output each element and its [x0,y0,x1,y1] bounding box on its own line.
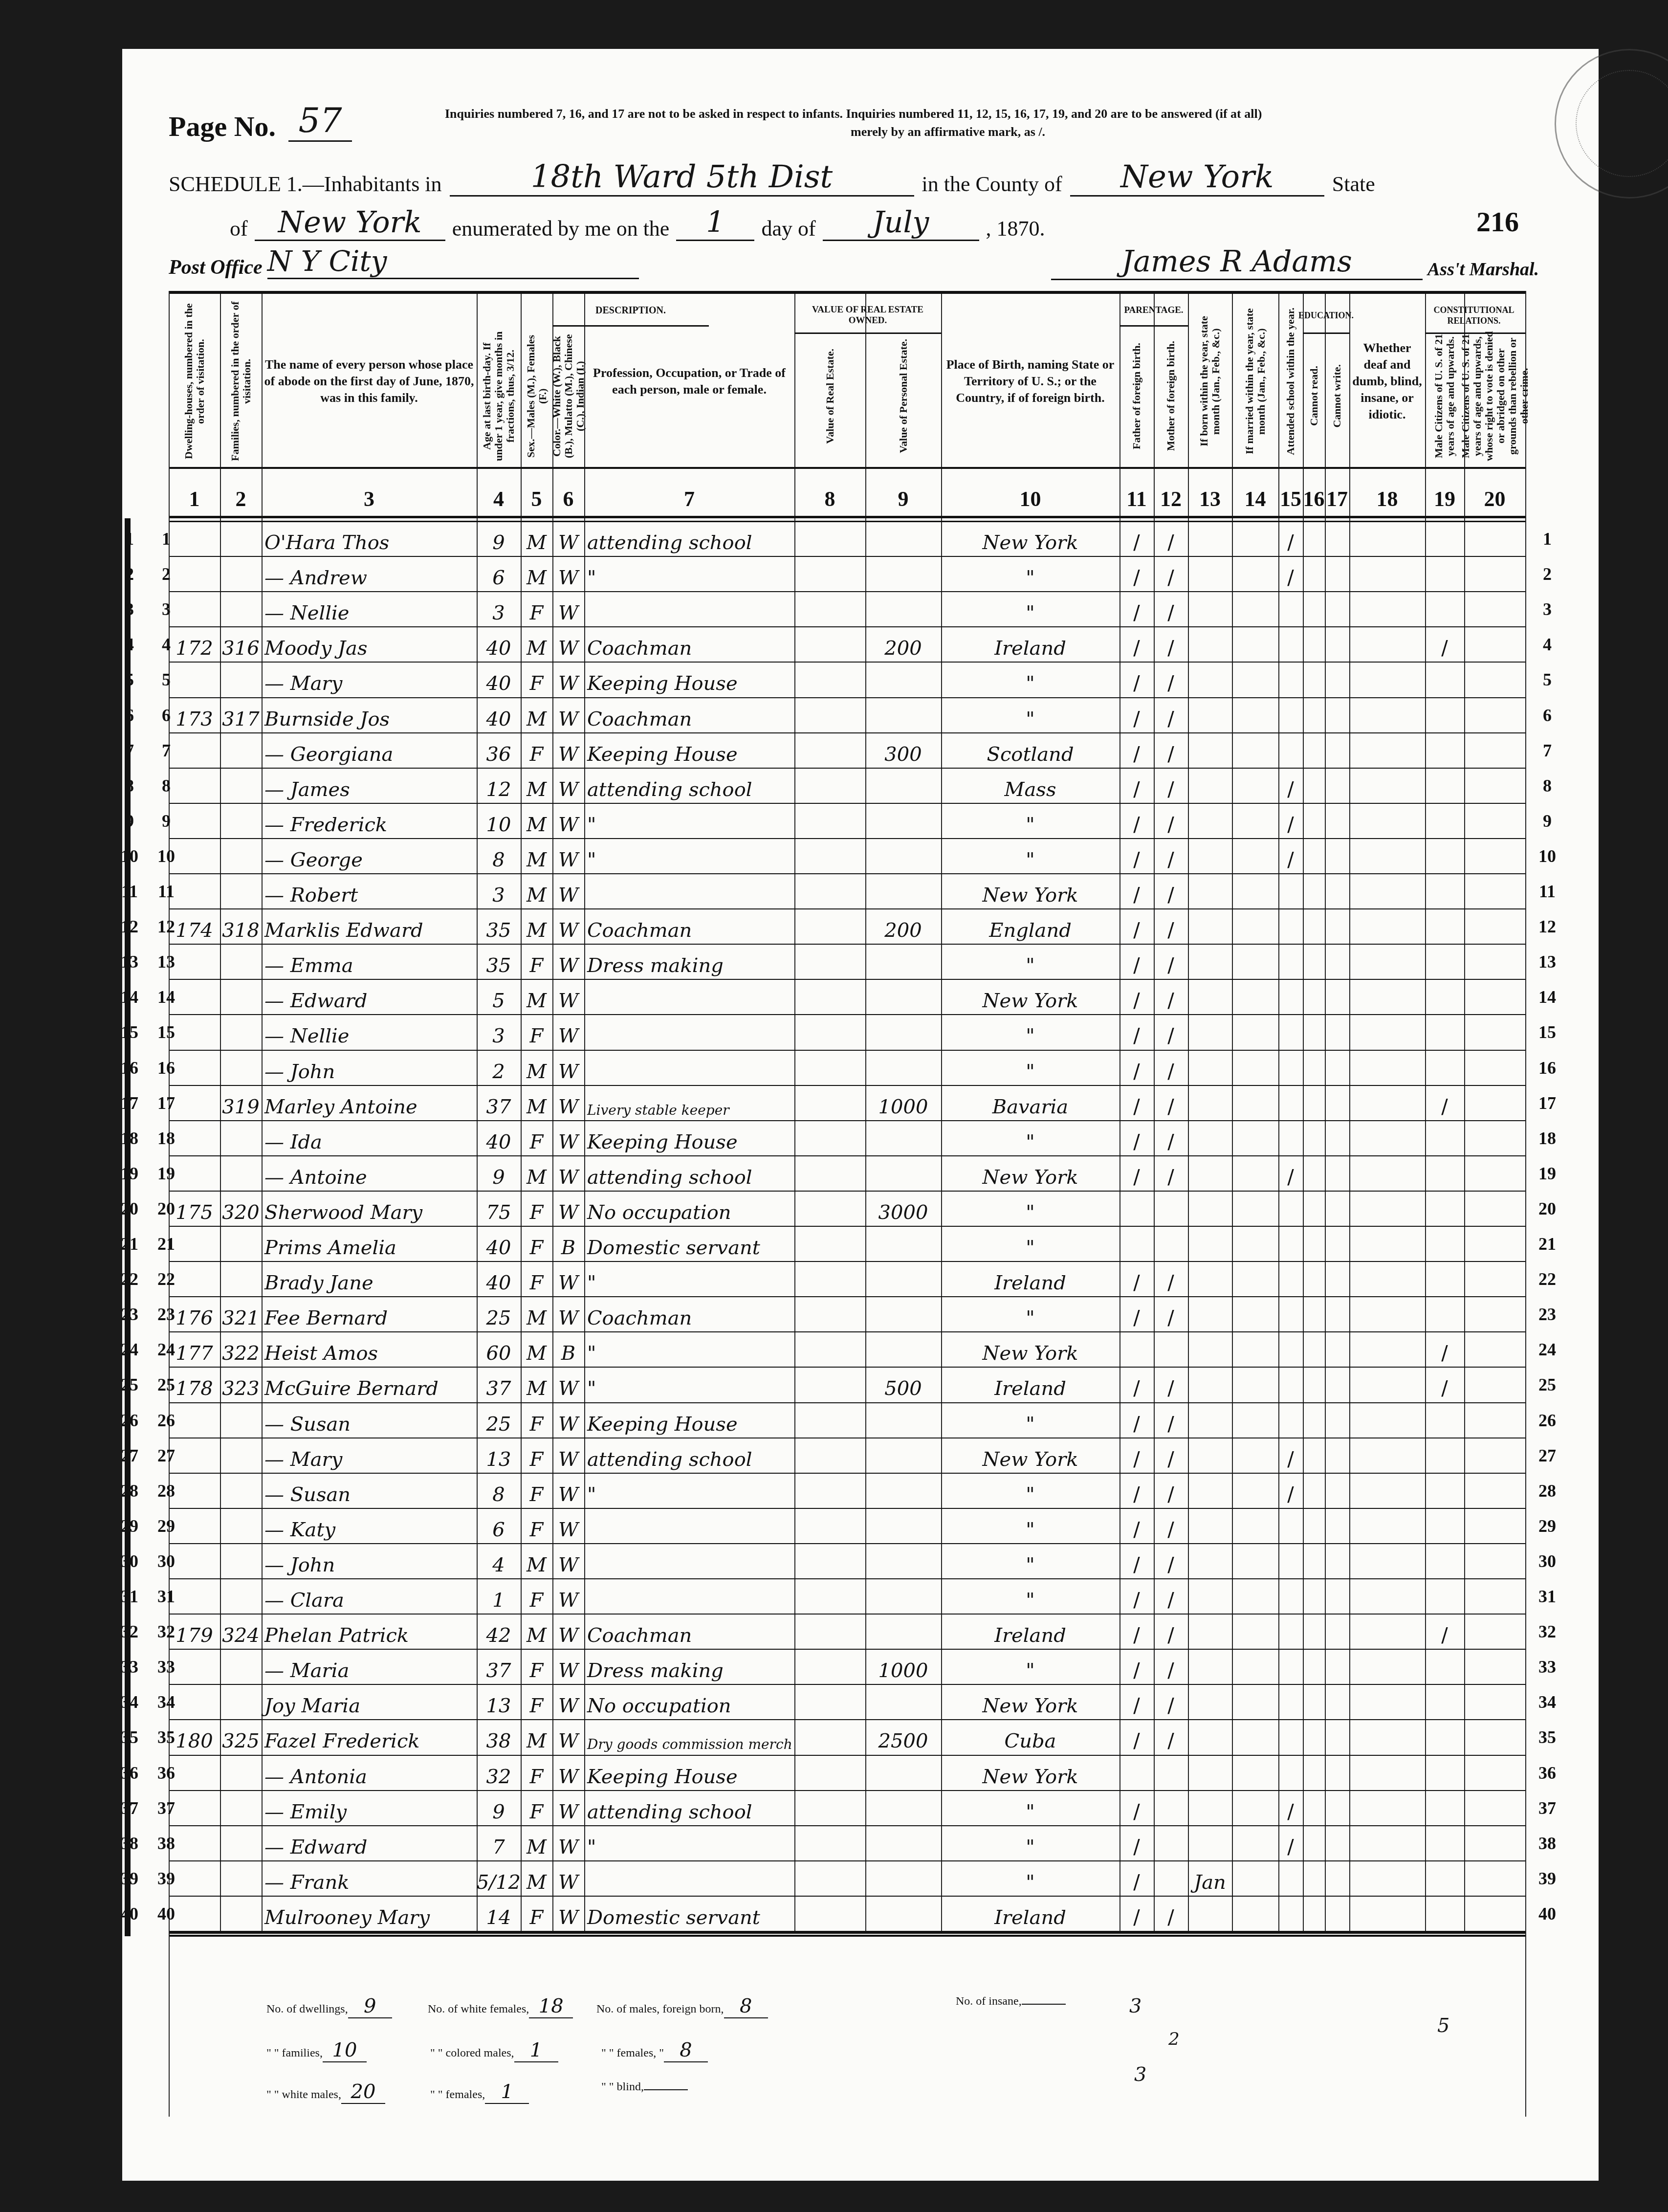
table-row: 175320Sherwood Mary75FWNo occupation3000… [169,1191,1525,1226]
cell-married-month [1235,1120,1275,1155]
cell-father-foreign: / [1122,944,1151,979]
row-number-right: 9 [1530,811,1564,831]
cell-birthplace: England [944,908,1117,944]
cell-cannot-write [1328,908,1346,944]
group-constitutional: CONSTITUTIONAL RELATIONS. [1425,301,1523,330]
cell-color: W [555,1578,581,1614]
cell-denied [1467,873,1522,908]
cell-denied [1467,1438,1522,1473]
row-number-left: 15 [149,1022,183,1042]
cell-cannot-write [1328,1684,1346,1719]
row-number-right: 17 [1530,1093,1564,1113]
cell-infirmity [1352,697,1422,732]
cell-birthplace: " [944,1191,1117,1226]
cell-mother-foreign [1157,1790,1185,1825]
cell-real [797,1402,862,1438]
cell-father-foreign: / [1122,732,1151,768]
cell-birthplace: " [944,1120,1117,1155]
cell-color: W [555,1719,581,1754]
cell-born-month [1191,1508,1229,1543]
cell-age: 38 [480,1719,518,1754]
cell-denied [1467,1896,1522,1931]
cell-occupation: Dress making [587,1649,791,1684]
cell-name: Marley Antoine [264,1085,474,1120]
cell-real [797,626,862,662]
row-divider [1119,325,1188,327]
cell-school [1281,873,1300,908]
cell-family [223,1578,259,1614]
row-number-right: 11 [1530,881,1564,902]
cell-age: 13 [480,1684,518,1719]
table-row: — Katy6FW"// [169,1508,1525,1543]
table-row: — Georgiana36FWKeeping House300Scotland/… [169,732,1525,768]
cell-name: — Emma [264,944,474,979]
cell-father-foreign: / [1122,1790,1151,1825]
cell-birthplace: Scotland [944,732,1117,768]
row-number-left: 33 [149,1657,183,1677]
cell-age: 25 [480,1402,518,1438]
row-number-right: 3 [1530,599,1564,619]
cell-denied [1467,1578,1522,1614]
post-office-label: Post Office [169,256,263,279]
table-row: — James12MWattending schoolMass/// [169,768,1525,803]
row-number-outer-left: 13 [112,951,147,972]
cell-personal [868,1050,938,1085]
cell-born-month [1191,908,1229,944]
cell-personal [868,838,938,873]
cell-born-month [1191,1331,1229,1367]
cell-occupation: " [587,1825,791,1860]
cell-personal [868,1331,938,1367]
column-header-2: Families, numbered in the order of visit… [221,301,261,462]
cell-real [797,1649,862,1684]
row-number-outer-left: 4 [112,634,147,655]
cell-born-month [1191,1191,1229,1226]
row-number-outer-left: 39 [112,1868,147,1889]
cell-citizen [1428,1296,1461,1331]
cell-mother-foreign: / [1157,1296,1185,1331]
cell-cannot-write [1328,1438,1346,1473]
cell-school [1281,979,1300,1014]
cell-cannot-write [1328,1261,1346,1296]
cell-birthplace: Cuba [944,1719,1117,1754]
cell-real [797,1155,862,1191]
row-number-right: 30 [1530,1551,1564,1571]
column-number-3: 3 [262,487,477,511]
row-number-left: 13 [149,951,183,972]
cell-married-month [1235,1261,1275,1296]
cell-real [797,1050,862,1085]
cell-birthplace: " [944,662,1117,697]
cell-mother-foreign: / [1157,1402,1185,1438]
row-number-right: 7 [1530,740,1564,761]
cell-citizen [1428,1684,1461,1719]
cell-mother-foreign: / [1157,1614,1185,1649]
cell-name: Mulrooney Mary [264,1896,474,1931]
cell-denied [1467,1014,1522,1049]
table-row: 179324Phelan Patrick42MWCoachmanIreland/… [169,1614,1525,1649]
cell-citizen [1428,556,1461,591]
cell-family [223,873,259,908]
cell-age: 3 [480,1014,518,1049]
table-row: — George8MW""/// [169,838,1525,873]
cell-name: — Edward [264,979,474,1014]
cell-personal [868,1296,938,1331]
cell-birthplace: New York [944,1438,1117,1473]
cell-cannot-write [1328,1226,1346,1261]
cell-sex: F [524,1120,549,1155]
cell-color: W [555,979,581,1014]
cell-birthplace: Ireland [944,1614,1117,1649]
cell-married-month [1235,1438,1275,1473]
cell-father-foreign: / [1122,626,1151,662]
cell-personal [868,1684,938,1719]
row-number-outer-left: 28 [112,1481,147,1501]
cell-real [797,1684,862,1719]
cell-born-month [1191,803,1229,838]
table-row: — Emma35FWDress making"// [169,944,1525,979]
cell-cannot-read [1306,979,1322,1014]
row-number-right: 39 [1530,1868,1564,1889]
cell-school: / [1281,768,1300,803]
row-number-outer-left: 35 [112,1727,147,1747]
cell-citizen [1428,944,1461,979]
cell-school [1281,1402,1300,1438]
cell-citizen [1428,838,1461,873]
row-number-left: 12 [149,916,183,937]
cell-born-month [1191,521,1229,556]
table-row: 178323McGuire Bernard37MW"500Ireland/// [169,1367,1525,1402]
cell-married-month [1235,1226,1275,1261]
table-row: — Frank5/12MW"/Jan [169,1860,1525,1896]
row-number-right: 2 [1530,564,1564,584]
row-number-right: 23 [1530,1304,1564,1325]
column-header-11: Father of foreign birth. [1120,330,1153,462]
row-number-right: 21 [1530,1234,1564,1254]
column-number-19: 19 [1425,487,1464,511]
cell-father-foreign: / [1122,1014,1151,1049]
cell-sex: M [524,803,549,838]
cell-mother-foreign: / [1157,732,1185,768]
row-number-right: 10 [1530,846,1564,866]
row-number-left: 19 [149,1163,183,1184]
cell-name: Prims Amelia [264,1226,474,1261]
cell-school [1281,1649,1300,1684]
cell-father-foreign: / [1122,1896,1151,1931]
row-number-right: 13 [1530,951,1564,972]
summary-colored-males: " " colored males,1 [430,2039,558,2062]
census-table: DESCRIPTION. VALUE OF REAL ESTATE OWNED.… [169,291,1525,2115]
cell-cannot-read [1306,1120,1322,1155]
cell-citizen [1428,1120,1461,1155]
cell-real [797,732,862,768]
cell-mother-foreign: / [1157,944,1185,979]
row-divider [1303,332,1349,334]
cell-age: 42 [480,1614,518,1649]
cell-cannot-read [1306,1050,1322,1085]
cell-age: 5/12 [480,1860,518,1896]
cell-family: 317 [223,697,259,732]
cell-denied [1467,521,1522,556]
cell-real [797,1543,862,1578]
cell-married-month [1235,521,1275,556]
cell-real [797,1296,862,1331]
dwellings-count: 9 [348,1995,392,2018]
cell-cannot-read [1306,1649,1322,1684]
summary-insane: No. of insane, [956,1995,1066,2008]
cell-age: 14 [480,1896,518,1931]
cell-born-month [1191,1261,1229,1296]
row-number-outer-left: 18 [112,1128,147,1149]
cell-cannot-read [1306,1578,1322,1614]
row-number-outer-left: 40 [112,1903,147,1924]
cell-cannot-write [1328,1085,1346,1120]
table-row: — Emily9FWattending school"// [169,1790,1525,1825]
row-number-right: 18 [1530,1128,1564,1149]
column-header-18: Whether deaf and dumb, blind, insane, or… [1350,301,1424,462]
page-number: 57 [288,100,352,142]
cell-cannot-write [1328,1402,1346,1438]
cell-cannot-read [1306,591,1322,626]
cell-real [797,1261,862,1296]
cell-married-month [1235,1684,1275,1719]
row-number-outer-left: 19 [112,1163,147,1184]
cell-infirmity [1352,1438,1422,1473]
row-number-right: 25 [1530,1374,1564,1395]
cell-denied [1467,944,1522,979]
cell-cannot-write [1328,873,1346,908]
cell-cannot-read [1306,873,1322,908]
cell-cannot-write [1328,944,1346,979]
cell-occupation: Coachman [587,1296,791,1331]
cell-mother-foreign [1157,1331,1185,1367]
cell-infirmity [1352,1261,1422,1296]
cell-born-month [1191,1649,1229,1684]
cell-color: W [555,556,581,591]
cell-cannot-read [1306,662,1322,697]
cell-father-foreign: / [1122,1860,1151,1896]
cell-color: W [555,1614,581,1649]
cell-born-month [1191,1719,1229,1754]
cell-real [797,556,862,591]
blind-count [644,2089,688,2090]
cell-sex: F [524,662,549,697]
cell-born-month [1191,1155,1229,1191]
instructions-line-2: merely by an affirmative mark, as /. [851,125,1045,139]
cell-married-month [1235,591,1275,626]
district-field: 18th Ward 5th Dist [450,159,914,197]
cell-sex: M [524,1825,549,1860]
cell-married-month [1235,1296,1275,1331]
row-number-right: 1 [1530,529,1564,549]
table-row: Mulrooney Mary14FWDomestic servantIrelan… [169,1896,1525,1931]
row-number-right: 19 [1530,1163,1564,1184]
cell-married-month [1235,1402,1275,1438]
cell-age: 40 [480,1120,518,1155]
row-number-outer-left: 36 [112,1763,147,1783]
cell-married-month [1235,662,1275,697]
column-number-12: 12 [1154,487,1188,511]
tally-col12: 2 [1168,2029,1180,2049]
cell-infirmity [1352,732,1422,768]
cell-infirmity [1352,1367,1422,1402]
cell-birthplace: " [944,803,1117,838]
cell-name: Phelan Patrick [264,1614,474,1649]
cell-school [1281,908,1300,944]
cell-birthplace: " [944,1508,1117,1543]
row-number-right: 35 [1530,1727,1564,1747]
row-number-right: 33 [1530,1657,1564,1677]
cell-personal [868,1438,938,1473]
row-number-outer-left: 9 [112,811,147,831]
cell-denied [1467,1755,1522,1790]
cell-color: W [555,803,581,838]
cell-cannot-read [1306,1614,1322,1649]
column-header-3: The name of every person whose place of … [263,301,476,462]
cell-mother-foreign: / [1157,662,1185,697]
cell-personal [868,1226,938,1261]
cell-name: — John [264,1543,474,1578]
cell-citizen [1428,1825,1461,1860]
cell-father-foreign [1122,1191,1151,1226]
column-number-10: 10 [941,487,1119,511]
cell-cannot-read [1306,732,1322,768]
cell-age: 32 [480,1755,518,1790]
cell-born-month [1191,697,1229,732]
cell-name: — Robert [264,873,474,908]
cell-married-month [1235,944,1275,979]
table-row: 176321Fee Bernard25MWCoachman"// [169,1296,1525,1331]
cell-personal [868,1790,938,1825]
cell-color: W [555,1085,581,1120]
cell-family: 320 [223,1191,259,1226]
cell-father-foreign: / [1122,1050,1151,1085]
colored-males-count: 1 [514,2039,558,2062]
summary-colored-females: " " females,1 [430,2080,529,2104]
cell-color: W [555,1296,581,1331]
cell-real [797,1367,862,1402]
cell-infirmity [1352,1684,1422,1719]
cell-school [1281,1860,1300,1896]
tally-col11: 3 [1129,1995,1141,2017]
table-row: — John4MW"// [169,1543,1525,1578]
table-row: — Susan8FW""/// [169,1473,1525,1508]
column-header-label: Mother of foreign birth. [1165,341,1177,451]
cell-family: 324 [223,1614,259,1649]
cell-mother-foreign: / [1157,1473,1185,1508]
row-number-left: 10 [149,846,183,866]
row-number-right: 22 [1530,1269,1564,1289]
page-number-label: Page No. [169,110,276,143]
column-header-label: Cannot write. [1331,364,1343,428]
cell-cannot-read [1306,1261,1322,1296]
cell-personal: 1000 [868,1085,938,1120]
row-number-outer-left: 12 [112,916,147,937]
cell-color: W [555,626,581,662]
cell-name: McGuire Bernard [264,1367,474,1402]
cell-denied [1467,1614,1522,1649]
marshal-line: James R Adams Ass't Marshal. [1051,244,1539,280]
cell-citizen [1428,591,1461,626]
cell-infirmity [1352,1226,1422,1261]
cell-color: W [555,1684,581,1719]
table-row: — Edward7MW""// [169,1825,1525,1860]
cell-occupation [587,873,791,908]
cell-denied [1467,1085,1522,1120]
cell-born-month [1191,1367,1229,1402]
cell-name: — John [264,1050,474,1085]
cell-citizen [1428,979,1461,1014]
cell-occupation [587,1578,791,1614]
cell-family [223,1508,259,1543]
cell-father-foreign: / [1122,908,1151,944]
cell-birthplace: " [944,1543,1117,1578]
cell-cannot-write [1328,803,1346,838]
row-number-outer-left: 10 [112,846,147,866]
cell-citizen [1428,1050,1461,1085]
row-number-left: 32 [149,1621,183,1642]
column-header-19: Male Citizens of U. S. of 21 years of ag… [1426,330,1463,462]
cell-occupation [587,979,791,1014]
cell-citizen [1428,908,1461,944]
cell-real [797,1896,862,1931]
cell-infirmity [1352,1578,1422,1614]
cell-sex: F [524,1578,549,1614]
cell-father-foreign: / [1122,1684,1151,1719]
state-field: New York [255,205,445,241]
table-row: — Edward5MWNew York// [169,979,1525,1014]
row-number-left: 2 [149,564,183,584]
cell-father-foreign: / [1122,803,1151,838]
cell-father-foreign: / [1122,1578,1151,1614]
cell-age: 40 [480,1226,518,1261]
row-number-left: 31 [149,1586,183,1607]
cell-birthplace: New York [944,1331,1117,1367]
cell-married-month [1235,1508,1275,1543]
cell-birthplace: Mass [944,768,1117,803]
cell-real [797,944,862,979]
cell-age: 25 [480,1296,518,1331]
cell-color: W [555,1367,581,1402]
row-number-right: 6 [1530,705,1564,726]
row-divider [169,467,1525,469]
cell-born-month [1191,591,1229,626]
cell-mother-foreign: / [1157,908,1185,944]
cell-infirmity [1352,1543,1422,1578]
table-row: 173317Burnside Jos40MWCoachman"// [169,697,1525,732]
cell-school: / [1281,1825,1300,1860]
column-number-2: 2 [220,487,262,511]
cell-father-foreign [1122,1755,1151,1790]
cell-citizen [1428,732,1461,768]
cell-name: — George [264,838,474,873]
row-number-left: 7 [149,740,183,761]
cell-age: 2 [480,1050,518,1085]
cell-denied [1467,1684,1522,1719]
cell-family [223,591,259,626]
cell-cannot-write [1328,1331,1346,1367]
column-number-18: 18 [1349,487,1425,511]
cell-cannot-write [1328,1296,1346,1331]
cell-citizen [1428,1226,1461,1261]
row-number-left: 34 [149,1692,183,1712]
cell-born-month [1191,1085,1229,1120]
cell-color: W [555,1825,581,1860]
cell-denied [1467,1050,1522,1085]
cell-school [1281,1085,1300,1120]
cell-cannot-write [1328,1473,1346,1508]
cell-married-month [1235,1825,1275,1860]
